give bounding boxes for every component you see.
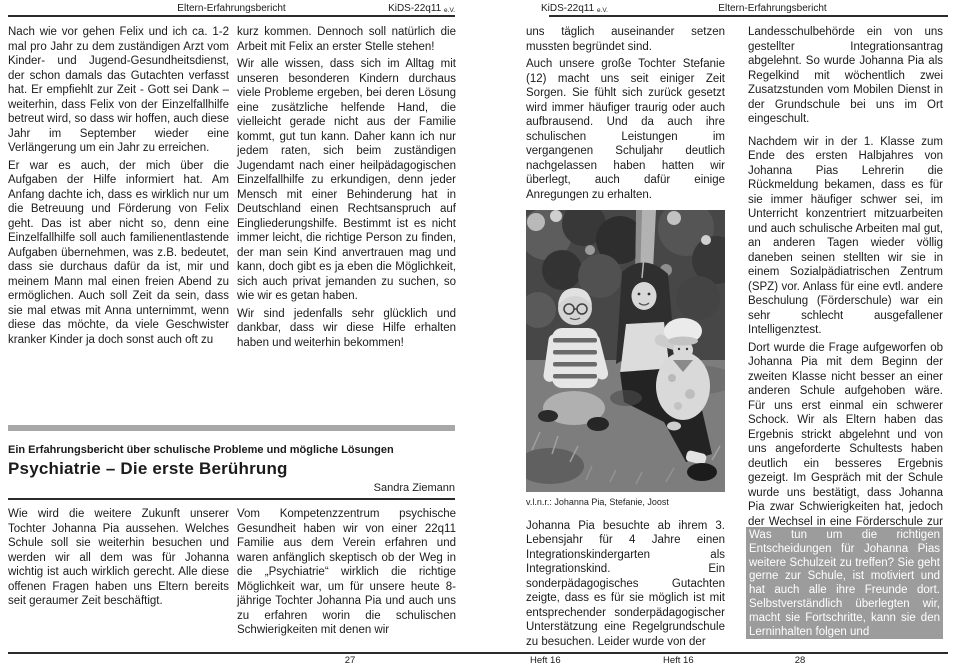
author-name: Sandra Ziemann [8,482,455,494]
page-header-left: Eltern-Erfahrungsbericht KiDS-22q11 e.V. [8,3,455,15]
article-column: Nach wie vor gehen Felix und ich ca. 1-2… [8,25,229,424]
paragraph: Nachdem wir in der 1. Klasse zum Ende de… [748,135,943,338]
article-column: Vom Kompetenzzentrum psychische Gesundhe… [237,507,456,648]
article-column: Landesschulbehörde ein von uns gestellte… [748,25,943,525]
article-column: kurz kommen. Dennoch soll natürlich die … [237,25,456,424]
paragraph: Wie wird die weitere Zukunft unserer Toc… [8,507,229,609]
paragraph: uns täglich auseinander setzen mussten b… [526,25,725,54]
photo-caption: v.l.n.r.: Johanna Pia, Stefanie, Joost [526,495,725,510]
journal-name: KiDS-22q11 e.V. [388,3,455,14]
article-bottom-section: Wie wird die weitere Zukunft unserer Toc… [8,507,456,648]
magazine-spread: Eltern-Erfahrungsbericht KiDS-22q11 e.V.… [0,0,960,664]
issue-label: Heft 16 [663,655,694,664]
article-kicker: Ein Erfahrungsbericht über schulische Pr… [8,444,455,456]
article-heading: Ein Erfahrungsbericht über schulische Pr… [8,444,455,500]
paragraph: Nach wie vor gehen Felix und ich ca. 1-2… [8,25,229,156]
paragraph: Wir sind jedenfalls sehr glücklich und d… [237,307,456,351]
paragraph: Dort wurde die Frage aufgeworfen ob Joha… [748,341,943,526]
page-number: 28 [785,655,815,664]
paragraph: kurz kommen. Dennoch soll natürlich die … [237,25,456,54]
header-rule-right [549,15,948,17]
journal-name-suffix: e.V. [444,7,455,14]
section-divider [8,425,455,431]
paragraph: Landesschulbehörde ein von uns gestellte… [748,25,943,127]
paragraph: Er war es auch, der mich über die Aufgab… [8,159,229,348]
article-title: Psychiatrie – Die erste Berührung [8,459,455,479]
family-photo [526,210,725,492]
highlight-box: Was tun um die richtigen Entscheidungen … [746,527,943,639]
article-column: Wie wird die weitere Zukunft unserer Toc… [8,507,229,648]
paragraph: Johanna Pia besuchte ab ihrem 3. Lebensj… [526,519,725,650]
paragraph: Wir alle wissen, dass sich im Alltag mit… [237,57,456,304]
page-number: 27 [330,655,370,664]
issue-label: Heft 16 [530,655,561,664]
paragraph: Auch unsere große Tochter Stefanie (12) … [526,57,725,202]
header-rule-left [8,15,455,17]
article-top-section: Nach wie vor gehen Felix und ich ca. 1-2… [8,25,456,424]
page-header-right: KiDS-22q11 e.V. Eltern-Erfahrungsbericht [525,3,950,15]
footer-rule-right [553,652,948,654]
article-column: uns täglich auseinander setzen mussten b… [526,25,725,650]
running-title: Eltern-Erfahrungsbericht [525,3,950,14]
paragraph: Vom Kompetenzzentrum psychische Gesundhe… [237,507,456,638]
